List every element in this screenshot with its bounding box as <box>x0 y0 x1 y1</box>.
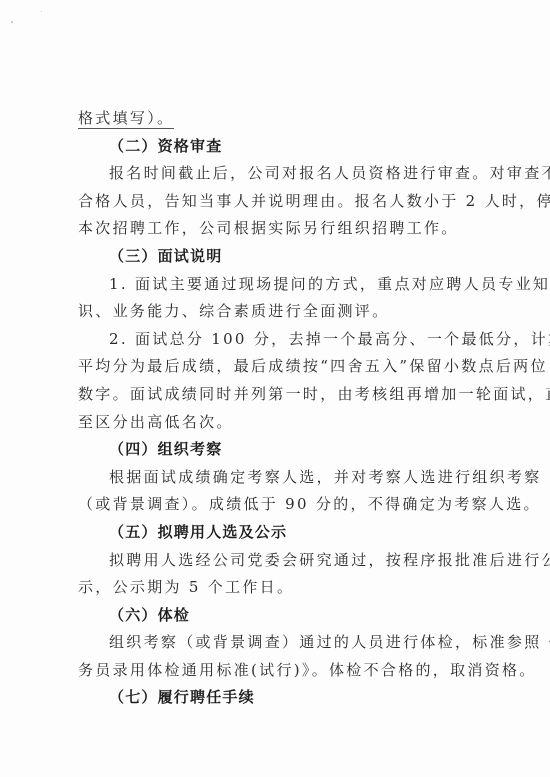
paragraph-line: 合格人员，告知当事人并说明理由。报名人数小于 2 人时，停止 <box>78 188 480 216</box>
paragraph-line: 2. 面试总分 100 分，去掉一个最高分、一个最低分，计算 <box>78 326 480 354</box>
section-heading-candidate-publicity: （五）拟聘用人选及公示 <box>78 519 480 547</box>
paragraph-line: 平均分为最后成绩，最后成绩按“四舍五入”保留小数点后两位 <box>78 353 480 381</box>
section-heading-interview: （三）面试说明 <box>78 243 480 271</box>
section-heading-inspection: （四）组织考察 <box>78 436 480 464</box>
paragraph-line: 至区分出高低名次。 <box>78 409 480 437</box>
scan-speck <box>11 21 13 23</box>
paragraph-line: 识、业务能力、综合素质进行全面测评。 <box>78 298 480 326</box>
paragraph-line: 数字。面试成绩同时并列第一时，由考核组再增加一轮面试，直 <box>78 381 480 409</box>
continuation-text: 格式填写）。 <box>78 108 174 129</box>
section-heading-medical-exam: （六）体检 <box>78 602 480 630</box>
paragraph-line: 报名时间截止后，公司对报名人员资格进行审查。对审查不 <box>78 160 480 188</box>
continuation-line: 格式填写）。 <box>78 105 480 133</box>
paragraph-line: （或背景调查）。成绩低于 90 分的，不得确定为考察人选。 <box>78 491 480 519</box>
document-body: 格式填写）。 （二）资格审查 报名时间截止后，公司对报名人员资格进行审查。对审查… <box>78 105 480 712</box>
section-heading-qualification-review: （二）资格审查 <box>78 133 480 161</box>
paragraph-line: 拟聘用人选经公司党委会研究通过，按程序报批准后进行公 <box>78 547 480 575</box>
paragraph-line: 本次招聘工作，公司根据实际另行组织招聘工作。 <box>78 215 480 243</box>
paragraph-line: 组织考察（或背景调查）通过的人员进行体检，标准参照《公 <box>78 629 480 657</box>
section-heading-appointment-procedures: （七）履行聘任手续 <box>78 684 480 712</box>
document-page: 格式填写）。 （二）资格审查 报名时间截止后，公司对报名人员资格进行审查。对审查… <box>0 0 550 777</box>
paragraph-line: 务员录用体检通用标准(试行)》。体检不合格的，取消资格。 <box>78 657 480 685</box>
paragraph-line: 示，公示期为 5 个工作日。 <box>78 574 480 602</box>
paragraph-line: 1. 面试主要通过现场提问的方式，重点对应聘人员专业知 <box>78 271 480 299</box>
paragraph-line: 根据面试成绩确定考察人选，并对考察人选进行组织考察 <box>78 464 480 492</box>
scan-speck <box>41 11 42 12</box>
